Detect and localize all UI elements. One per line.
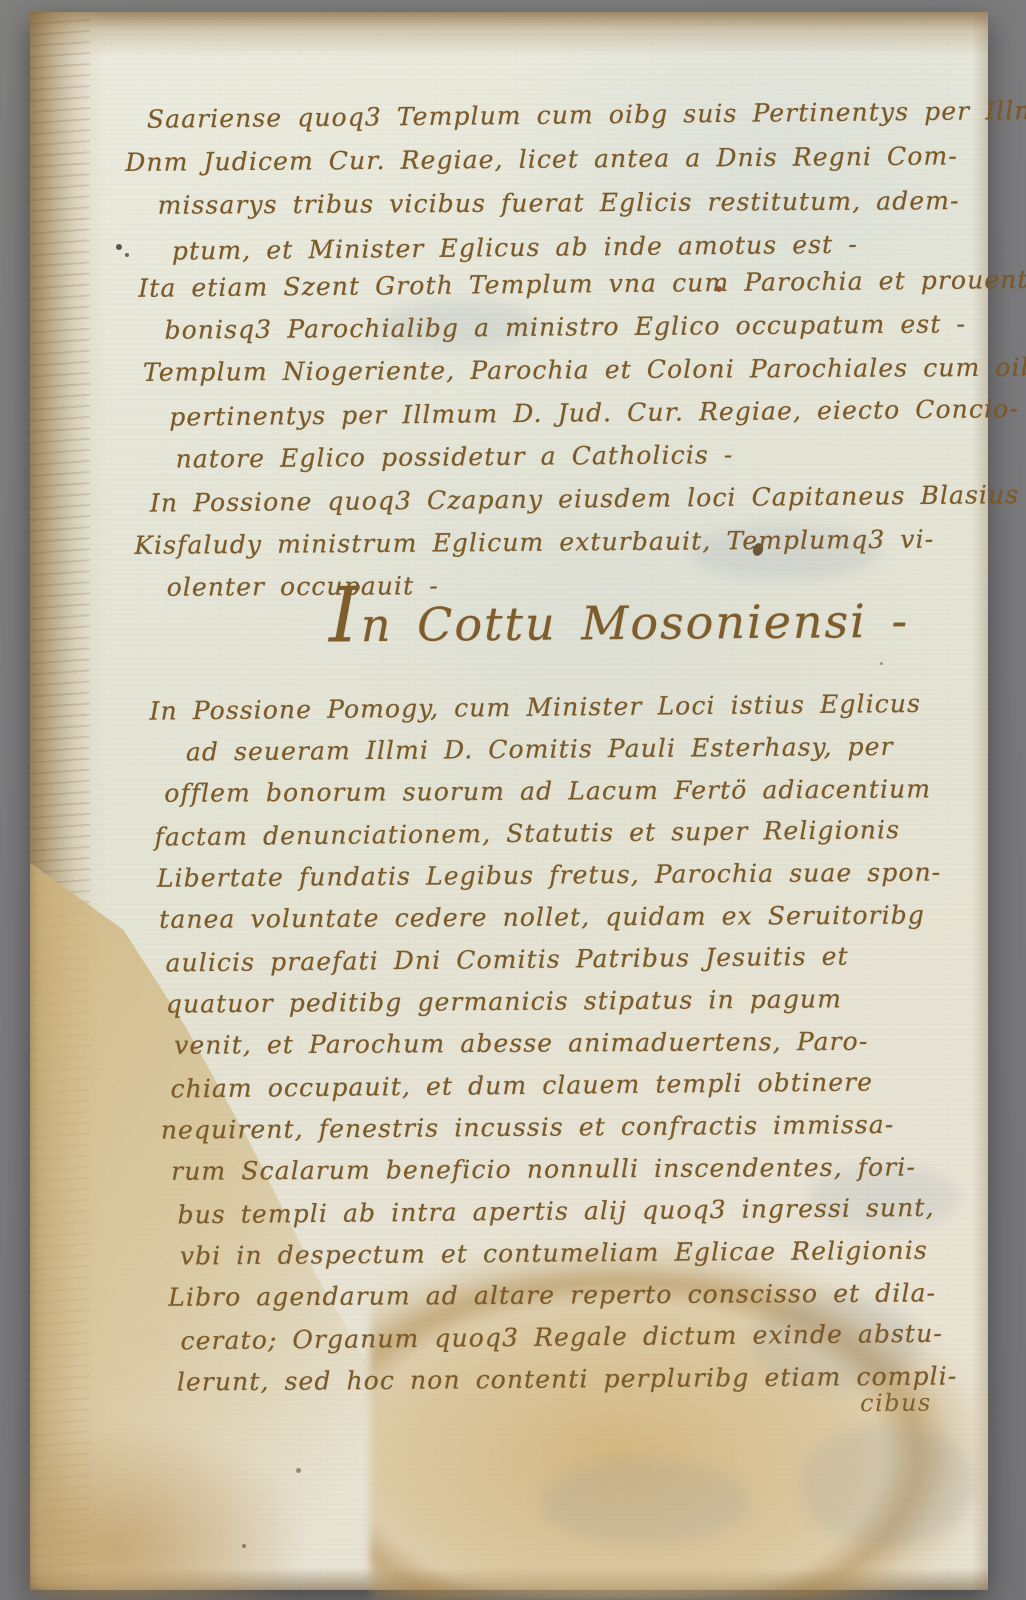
section-heading: In Cottu Mosoniensi - (329, 593, 910, 653)
manuscript-line: pertinentys per Illmum D. Jud. Cur. Regi… (169, 396, 1026, 448)
manuscript-paragraph: In Possione Pomogy, cum Minister Loci is… (128, 691, 958, 1411)
manuscript-paragraph: Ita etiam Szent Groth Templum vna cum Pa… (124, 267, 1026, 489)
page-background: Saariense quoq3 Templum cum oibg suis Pe… (0, 0, 1026, 1600)
manuscript-line: missarys tribus vicibus fuerat Eglicis r… (158, 188, 1026, 237)
manuscript-text-layer: Saariense quoq3 Templum cum oibg suis Pe… (0, 0, 1026, 1600)
catchword: cibus (860, 1389, 932, 1418)
manuscript-line: Kisfaludy ministrum Eglicum exturbauit, … (134, 526, 1020, 576)
manuscript-line: lerunt, sed hoc non contenti perpluribg … (177, 1363, 958, 1411)
manuscript-paragraph: Saariense quoq3 Templum cum oibg suis Pe… (123, 99, 1026, 282)
